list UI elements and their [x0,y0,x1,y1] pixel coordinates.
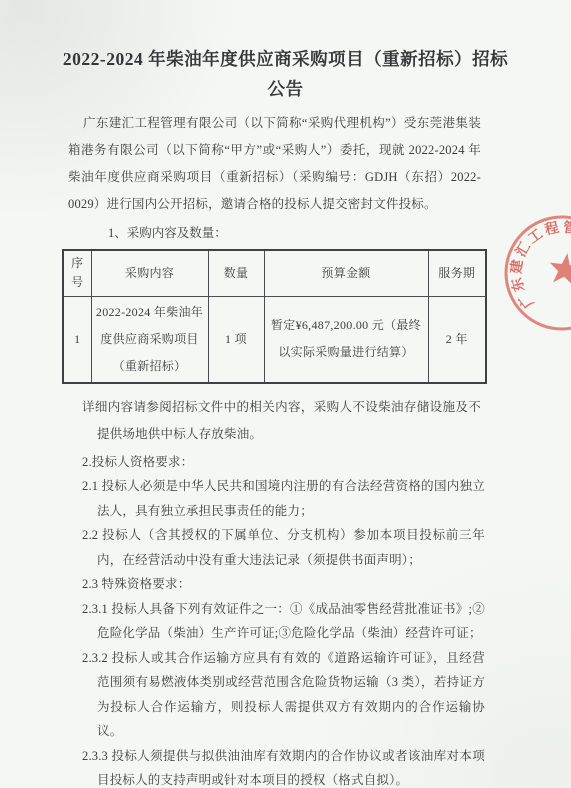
section-1-heading: 1、采购内容及数量： [108,223,481,243]
clause-2: 2.投标人资格要求： [68,450,485,475]
seal-char: 东 [508,276,528,294]
seal-star-icon [547,251,571,286]
seal-char: 工 [526,227,546,247]
clause-2-3-1: 2.3.1 投标人具备下列有效证件之一：①《成品油零售经营批准证书》;②危险化学… [68,597,485,646]
seal-char: 管 [562,219,571,238]
clause-2-3-3: 2.3.3 投标人须提供与拟供油油库有效期内的合作协议或者该油库对本项目投标人的… [68,744,485,788]
clause-2-1: 2.1 投标人必须是中华人民共和国境内注册的有合法经营资格的国内独立法人，具有独… [68,474,485,523]
page-title: 2022-2024 年柴油年度供应商采购项目（重新招标）招标公告 [55,44,517,104]
col-header-content: 采购内容 [91,250,208,296]
table-header-row: 序号 采购内容 数量 预算金额 服务期 [63,250,486,296]
bidder-requirements-section: 2.投标人资格要求： 2.1 投标人必须是中华人民共和国境内注册的有合法经营资格… [68,450,485,788]
intro-paragraph: 广东建汇工程管理有限公司（以下简称“采购代理机构”）受东莞港集装箱港务有限公司（… [68,110,481,218]
seal-char: 程 [543,219,560,239]
cell-content: 2022-2024 年柴油年度供应商采购项目（重新招标） [91,296,208,383]
seal-char: 建 [508,259,527,275]
table-note-paragraph: 详细内容请参阅招标文件中的相关内容，采购人不设柴油存储设施及不提供场地供中标人存… [68,394,481,448]
clause-2-2: 2.2 投标人（含其授权的下属单位、分支机构）参加本项目投标前三年内，在经营活动… [68,523,485,572]
company-seal: 广 东 建 汇 工 程 管 [487,198,571,348]
cell-no: 1 [63,296,91,383]
clause-2-3: 2.3 特殊资格要求： [68,572,485,597]
cell-qty: 1 项 [208,296,264,383]
col-header-term: 服务期 [428,250,486,296]
procurement-table: 序号 采购内容 数量 预算金额 服务期 1 2022-2024 年柴油年度供应商… [62,249,487,384]
cell-term: 2 年 [428,296,486,383]
cell-budget: 暂定¥6,487,200.00 元（最终以实际采购量进行结算） [264,296,428,383]
clause-2-3-2: 2.3.2 投标人或其合作运输方应具有有效的《道路运输许可证》，且经营范围须有易… [68,646,485,744]
col-header-budget: 预算金额 [264,250,428,296]
col-header-no: 序号 [63,250,91,296]
scanned-document-page: 2022-2024 年柴油年度供应商采购项目（重新招标）招标公告 广东建汇工程管… [0,0,571,788]
col-header-qty: 数量 [208,250,264,296]
table-row: 1 2022-2024 年柴油年度供应商采购项目（重新招标） 1 项 暂定¥6,… [63,296,486,383]
